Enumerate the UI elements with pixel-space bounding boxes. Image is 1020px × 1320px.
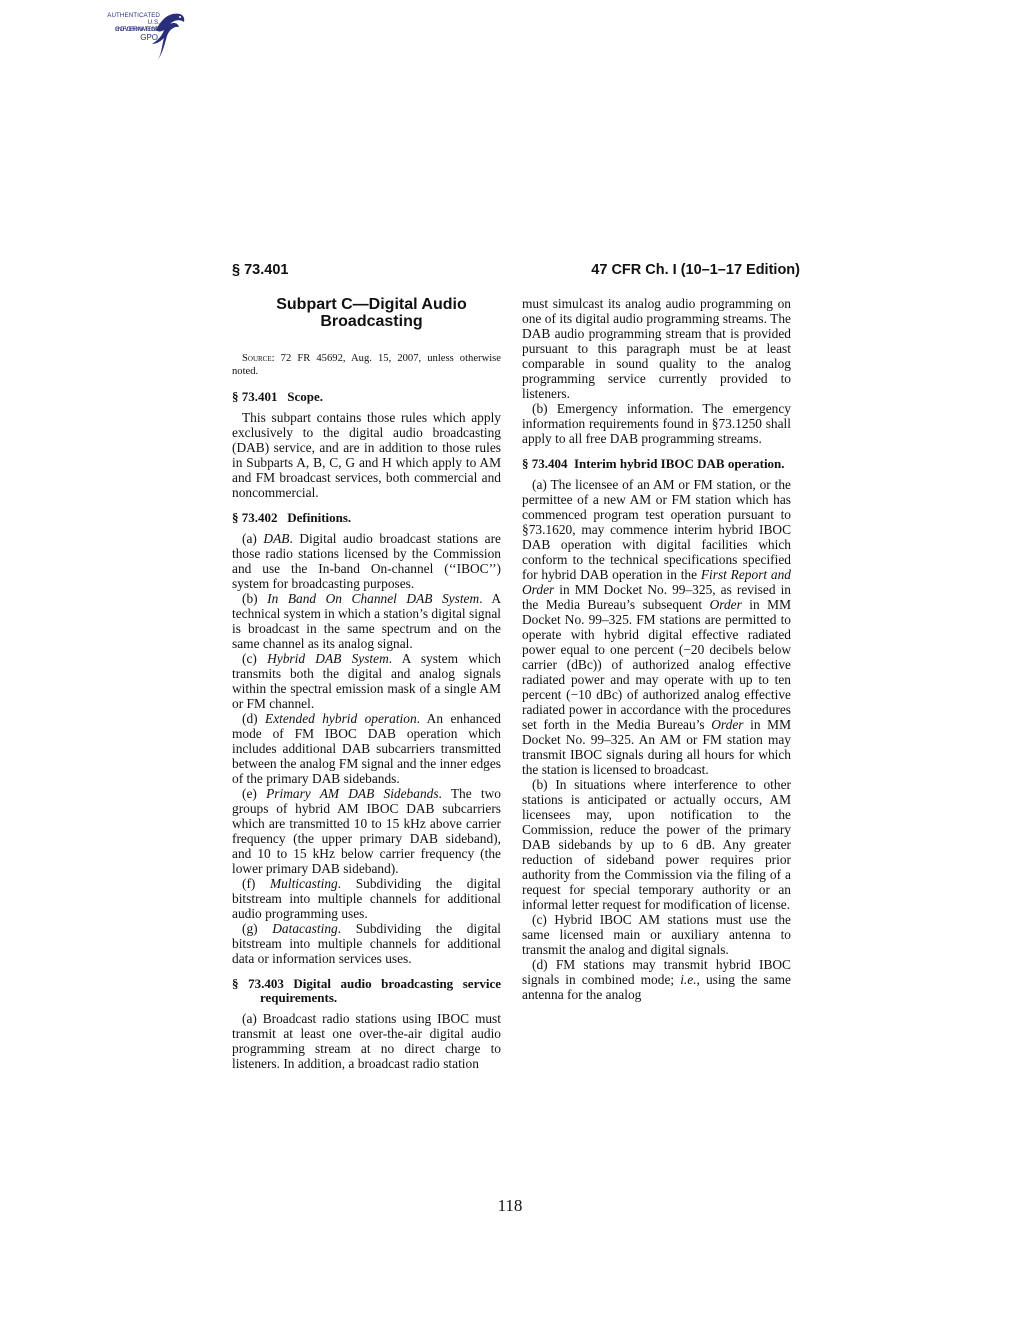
definition-term: Hybrid DAB System (267, 651, 389, 666)
section-heading-73-403: § 73.403 Digital audio broadcasting serv… (232, 977, 501, 1005)
definition-term: DAB (263, 531, 289, 546)
definition-c: (c) Hybrid DAB System. A system which tr… (232, 651, 501, 711)
interim-operation-b: (b) In situations where interference to … (522, 777, 791, 912)
source-text: : 72 FR 45692, Aug. 15, 2007, unless oth… (232, 353, 501, 377)
definition-label: (d) (242, 711, 265, 726)
running-head-title: 47 CFR Ch. I (10–1–17 Edition) (591, 262, 800, 278)
gpo-authenticated-logo: AUTHENTICATED U.S. GOVERNMENT INFORMATIO… (108, 6, 188, 62)
definition-label: (g) (242, 921, 272, 936)
running-head-section: § 73.401 (232, 262, 288, 278)
definition-term: Multicasting (270, 876, 338, 891)
italic-citation: Order (711, 717, 743, 732)
definition-label: (e) (242, 786, 266, 801)
scope-paragraph: This subpart contains those rules which … (232, 410, 501, 500)
source-label: Source (242, 353, 272, 364)
page-number: 118 (0, 1196, 1020, 1216)
definition-g: (g) Datacasting. Subdividing the digital… (232, 921, 501, 966)
definition-d: (d) Extended hybrid operation. An enhanc… (232, 711, 501, 786)
service-requirements-a: (a) Broadcast radio stations using IBOC … (232, 1011, 501, 1071)
definition-label: (f) (242, 876, 270, 891)
subpart-title-line-1: Subpart C—Digital Audio (242, 296, 501, 313)
service-requirements-b: (b) Emergency information. The emergency… (522, 401, 791, 446)
definition-label: (b) (242, 591, 267, 606)
interim-operation-d: (d) FM stations may transmit hybrid IBOC… (522, 957, 791, 1002)
section-number: § 73.401 (232, 389, 278, 404)
source-note: Source: 72 FR 45692, Aug. 15, 2007, unle… (232, 352, 501, 378)
section-number: § 73.403 (232, 976, 284, 991)
definition-label: (a) (242, 531, 263, 546)
section-number: § 73.402 (232, 510, 278, 525)
interim-operation-c: (c) Hybrid IBOC AM stations must use the… (522, 912, 791, 957)
definition-term: Datacasting (272, 921, 337, 936)
section-title: Digital audio broadcasting service requi… (260, 976, 501, 1005)
left-column: Subpart C—Digital Audio Broadcasting Sou… (232, 296, 501, 1071)
section-title: Interim hybrid IBOC DAB operation. (574, 456, 785, 471)
definition-term: Extended hybrid operation (265, 711, 417, 726)
definition-f: (f) Multicasting. Subdividing the digita… (232, 876, 501, 921)
section-number: § 73.404 (522, 456, 568, 471)
subpart-title: Subpart C—Digital Audio Broadcasting (232, 296, 501, 330)
subpart-title-line-2: Broadcasting (242, 313, 501, 330)
interim-operation-a: (a) The licensee of an AM or FM station,… (522, 477, 791, 777)
section-title: Definitions. (287, 510, 351, 525)
definition-term: Primary AM DAB Sidebands (266, 786, 438, 801)
italic-abbrev: i.e. (680, 972, 696, 987)
definition-b: (b) In Band On Channel DAB System. A tec… (232, 591, 501, 651)
italic-citation: Order (710, 597, 742, 612)
section-title: Scope. (287, 389, 323, 404)
definition-e: (e) Primary AM DAB Sidebands. The two gr… (232, 786, 501, 876)
definition-term: In Band On Channel DAB System (267, 591, 479, 606)
service-requirements-a-continued: must simulcast its analog audio programm… (522, 296, 791, 401)
right-column: must simulcast its analog audio programm… (522, 296, 791, 1002)
section-heading-73-402: § 73.402 Definitions. (232, 511, 501, 525)
section-heading-73-401: § 73.401 Scope. (232, 390, 501, 404)
section-heading-73-404: § 73.404 Interim hybrid IBOC DAB operati… (522, 457, 791, 471)
definition-label: (c) (242, 651, 267, 666)
text-run: in MM Docket No. 99–325. FM stations are… (522, 597, 791, 732)
definition-a: (a) DAB. Digital audio broadcast station… (232, 531, 501, 591)
eagle-icon (152, 8, 186, 64)
